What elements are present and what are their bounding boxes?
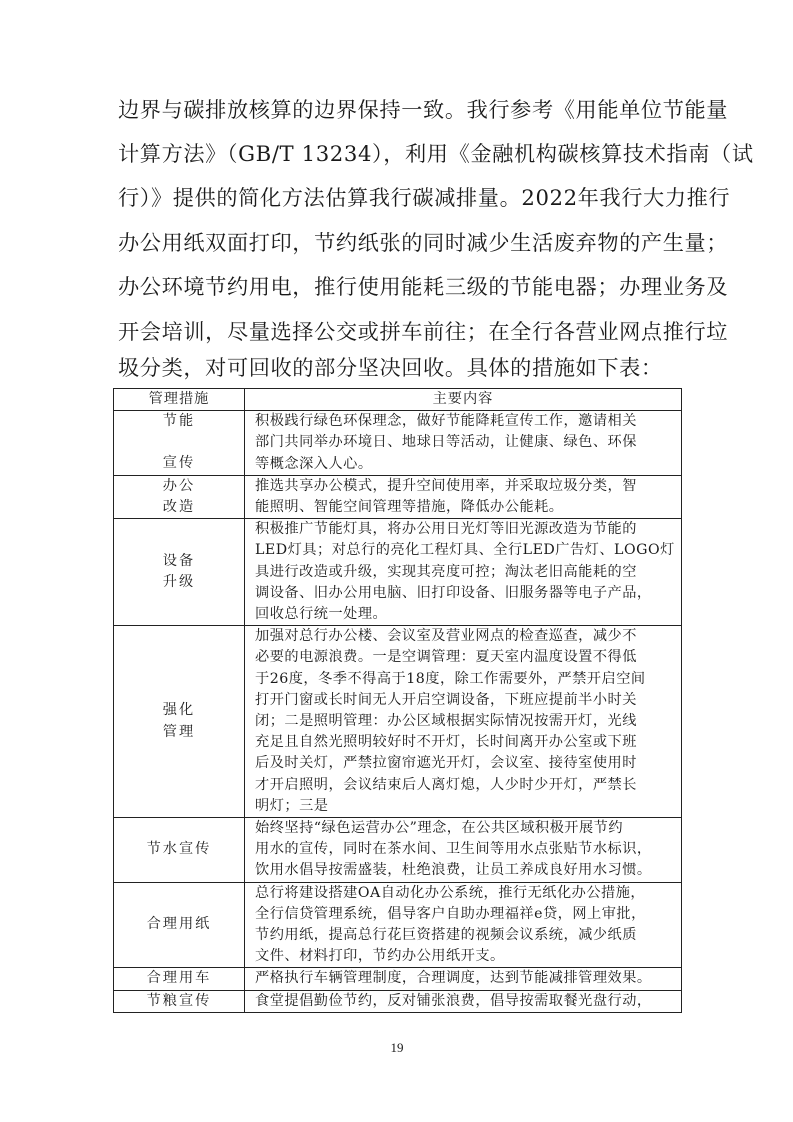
content-cell: 始终坚持“绿色运营办公”理念，在公共区域积极开展节约 用水的宣传，同时在茶水间、… [245,818,682,883]
content-cell: 积极践行绿色环保理念，做好节能降耗宣传工作，邀请相关 部门共同举办环境日、地球日… [245,411,682,476]
content-line: LED灯具；对总行的亮化工程灯具、全行LED广告灯、LOGO灯 [255,540,679,561]
content-line: 于26度，冬季不得高于18度，除工作需要外，严禁开启空间 [255,669,679,690]
measure-text: 合理用纸 [114,914,244,935]
table-row: 强化 管理 加强对总行办公楼、会议室及营业网点的检查巡查，减少不 必要的电源浪费… [114,626,682,818]
measure-text: 设备 [114,551,244,572]
content-line: 后及时关灯，严禁拉窗帘遮光开灯，会议室、接待室使用时 [255,753,679,774]
content-line: 全行信贷管理系统，倡导客户自助办理福祥e贷，网上审批， [255,904,679,925]
measure-cell: 办公 改造 [114,475,245,518]
table-row: 设备 升级 积极推广节能灯具，将办公用日光灯等旧光源改造为节能的 LED灯具；对… [114,519,682,626]
measure-cell: 强化 管理 [114,626,245,818]
content-line: 充足且自然光照明较好时不开灯，长时间离开办公室或下班 [255,732,679,753]
page-number: 19 [386,1040,408,1056]
measure-text: 宣传 [114,453,244,474]
paragraph-line: 计算方法》（GB/T 13234），利用《金融机构碳核算技术指南（试 [118,140,754,168]
content-line: 明灯；三是 [255,796,679,817]
measure-text: 办公 [114,476,244,497]
measure-cell: 节能 宣传 [114,411,245,476]
measure-cell: 合理用纸 [114,882,245,968]
measure-text: 升级 [114,572,244,593]
content-line: 积极践行绿色环保理念，做好节能降耗宣传工作，邀请相关 [255,411,679,432]
content-line: 调设备、旧办公用电脑、旧打印设备、旧服务器等电子产品， [255,583,679,604]
content-cell: 推选共享办公模式，提升空间使用率，并采取垃圾分类，智 能照明、智能空间管理等措施… [245,475,682,518]
measure-text: 节能 [114,411,244,432]
measure-cell: 合理用车 [114,968,245,990]
measure-cell: 节粮宣传 [114,990,245,1012]
header-content: 主要内容 [245,389,682,411]
content-cell: 食堂提倡勤俭节约，反对铺张浪费，倡导按需取餐光盘行动， [245,990,682,1012]
table-row: 合理用纸 总行将建设搭建OA自动化办公系统，推行无纸化办公措施， 全行信贷管理系… [114,882,682,968]
table-row: 节水宣传 始终坚持“绿色运营办公”理念，在公共区域积极开展节约 用水的宣传，同时… [114,818,682,883]
paragraph-line: 开会培训，尽量选择公交或拼车前往；在全行各营业网点推行垃 [118,318,728,346]
content-line: 推选共享办公模式，提升空间使用率，并采取垃圾分类，智 [255,476,679,497]
content-line: 始终坚持“绿色运营办公”理念，在公共区域积极开展节约 [255,818,679,839]
table-row: 节能 宣传 积极践行绿色环保理念，做好节能降耗宣传工作，邀请相关 部门共同举办环… [114,411,682,476]
content-cell: 加强对总行办公楼、会议室及营业网点的检查巡查，减少不 必要的电源浪费。一是空调管… [245,626,682,818]
paragraph-line: 圾分类，对可回收的部分坚决回收。具体的措施如下表： [118,354,663,382]
measures-table: 管理措施 主要内容 节能 宣传 积极践行绿色环保理念，做好节能降耗宣传工作，邀请… [113,388,682,1013]
content-line: 回收总行统一处理。 [255,604,679,625]
measure-text: 管理 [114,722,244,743]
content-cell: 积极推广节能灯具，将办公用日光灯等旧光源改造为节能的 LED灯具；对总行的亮化工… [245,519,682,626]
content-line: 文件、材料打印，节约办公用纸开支。 [255,946,679,967]
content-line: 饮用水倡导按需盛装，杜绝浪费，让员工养成良好用水习惯。 [255,860,679,881]
content-line: 积极推广节能灯具，将办公用日光灯等旧光源改造为节能的 [255,519,679,540]
content-line: 总行将建设搭建OA自动化办公系统，推行无纸化办公措施， [255,883,679,904]
content-line: 闭；二是照明管理：办公区域根据实际情况按需开灯，光线 [255,711,679,732]
paragraph-line: 办公用纸双面打印，节约纸张的同时减少生活废弃物的产生量； [118,229,728,257]
content-line: 打开门窗或长时间无人开启空调设备，下班应提前半小时关 [255,690,679,711]
content-line: 加强对总行办公楼、会议室及营业网点的检查巡查，减少不 [255,626,679,647]
measure-cell: 节水宣传 [114,818,245,883]
content-line: 部门共同举办环境日、地球日等活动，让健康、绿色、环保 [255,432,679,453]
measure-cell: 设备 升级 [114,519,245,626]
content-line: 能照明、智能空间管理等措施，降低办公能耗。 [255,497,679,518]
content-line: 用水的宣传，同时在茶水间、卫生间等用水点张贴节水标识， [255,839,679,860]
header-measure: 管理措施 [114,389,245,411]
content-line: 严格执行车辆管理制度，合理调度，达到节能减排管理效果。 [255,968,679,989]
content-line: 具进行改造或升级，实现其亮度可控；淘汰老旧高能耗的空 [255,562,679,583]
content-line: 节约用纸，提高总行花巨资搭建的视频会议系统，减少纸质 [255,925,679,946]
table-header-row: 管理措施 主要内容 [114,389,682,411]
content-line: 食堂提倡勤俭节约，反对铺张浪费，倡导按需取餐光盘行动， [255,991,679,1012]
paragraph-line: 行）》提供的简化方法估算我行碳减排量。2022年我行大力推行 [118,184,730,212]
content-cell: 严格执行车辆管理制度，合理调度，达到节能减排管理效果。 [245,968,682,990]
content-line: 才开启照明，会议结束后人离灯熄，人少时少开灯，严禁长 [255,775,679,796]
paragraph-line: 边界与碳排放核算的边界保持一致。我行参考《用能单位节能量 [118,96,728,124]
table-row: 办公 改造 推选共享办公模式，提升空间使用率，并采取垃圾分类，智 能照明、智能空… [114,475,682,518]
table-row: 合理用车 严格执行车辆管理制度，合理调度，达到节能减排管理效果。 [114,968,682,990]
content-cell: 总行将建设搭建OA自动化办公系统，推行无纸化办公措施， 全行信贷管理系统，倡导客… [245,882,682,968]
measure-text: 改造 [114,497,244,518]
measure-text: 节粮宣传 [114,991,244,1012]
content-line: 等概念深入人心。 [255,454,679,475]
measure-text: 节水宣传 [114,839,244,860]
paragraph-line: 办公环境节约用电，推行使用能耗三级的节能电器；办理业务及 [118,273,728,301]
measure-text: 合理用车 [114,968,244,989]
table-row: 节粮宣传 食堂提倡勤俭节约，反对铺张浪费，倡导按需取餐光盘行动， [114,990,682,1012]
content-line: 必要的电源浪费。一是空调管理：夏天室内温度设置不得低 [255,647,679,668]
measure-text: 强化 [114,700,244,721]
measure-spacer [114,432,244,453]
